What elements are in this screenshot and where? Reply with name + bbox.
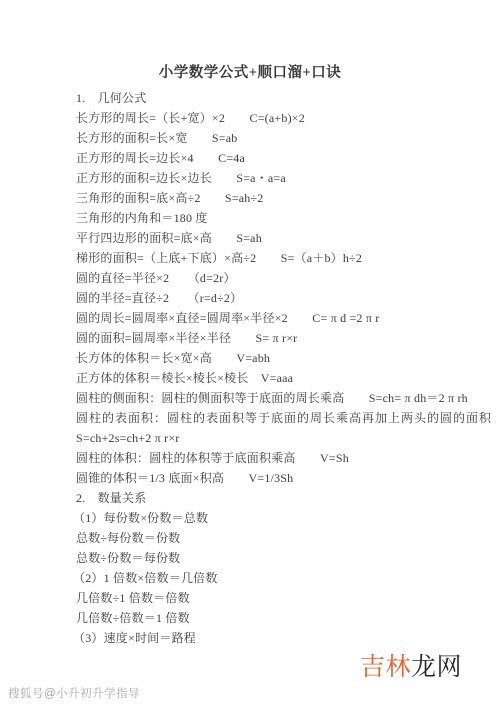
formula-line: 圆锥的体积＝1/3 底面×积高 V=1/3Sh [76,468,482,488]
site-watermark: 吉林龙网 [360,647,462,683]
source-credit: 搜狐号@小升初升学指导 [8,685,140,701]
formula-line: 正方形的周长=边长×4 C=4a [76,148,482,168]
section-heading: 2. 数量关系 [76,488,482,508]
formula-line: 总数÷份数＝每份数 [76,548,482,568]
watermark-dark-text: 龙网 [411,653,462,681]
formula-line: 圆的面积=圆周率×半径×半径 S= π r×r [76,328,482,348]
formula-line: （1）每份数×份数＝总数 [73,508,482,528]
formula-line: 圆的直径=半径×2 （d=2r） [76,268,482,288]
document-page: 小学数学公式+顺口溜+口诀 1. 几何公式 长方形的周长=（长+宽）×2 C=(… [0,0,500,707]
formula-line: 梯形的面积=（上底+下底）×高÷2 S=（a＋b）h÷2 [76,248,482,268]
watermark-accent-text: 吉林 [360,653,411,681]
formula-line: S=ch+2s=ch+2 π r×r [76,428,482,448]
formula-line: 圆柱的体积：圆柱的体积等于底面积乘高 V=Sh [76,448,482,468]
formula-line: 正方体的体积＝棱长×棱长×棱长 V=aaa [76,368,482,388]
formula-line: 总数÷每份数＝份数 [76,528,482,548]
formula-line: 长方形的面积=长×宽 S=ab [76,128,482,148]
formula-line: （3）速度×时间＝路程 [73,628,482,648]
formula-line: 长方体的体积＝长×宽×高 V=abh [76,348,482,368]
formula-line: 圆的周长=圆周率×直径=圆周率×半径×2 C= π d =2 π r [76,308,482,328]
formula-line: 三角形的内角和＝180 度 [76,208,482,228]
formula-line: 几倍数÷倍数＝1 倍数 [76,608,482,628]
doc-title: 小学数学公式+顺口溜+口诀 [0,0,500,83]
formula-line: 几倍数÷1 倍数＝倍数 [76,588,482,608]
formula-line: 平行四边形的面积=底×高 S=ah [76,228,482,248]
formula-line: 圆的半径=直径÷2 （r=d÷2） [76,288,482,308]
formula-line: （2）1 倍数×倍数＝几倍数 [73,568,482,588]
doc-body: 1. 几何公式 长方形的周长=（长+宽）×2 C=(a+b)×2 长方形的面积=… [0,88,500,648]
section-heading: 1. 几何公式 [76,88,482,108]
formula-line: 正方形的面积=边长×边长 S=a・a=a [76,168,482,188]
formula-line: 长方形的周长=（长+宽）×2 C=(a+b)×2 [76,108,482,128]
formula-line: 圆柱的侧面积：圆柱的侧面积等于底面的周长乘高 S=ch= π dh＝2 π rh [76,388,482,408]
formula-line: 圆柱的表面积：圆柱的表面积等于底面的周长乘高再加上两头的圆的面积 [76,408,482,428]
formula-line: 三角形的面积=底×高÷2 S=ah÷2 [76,188,482,208]
